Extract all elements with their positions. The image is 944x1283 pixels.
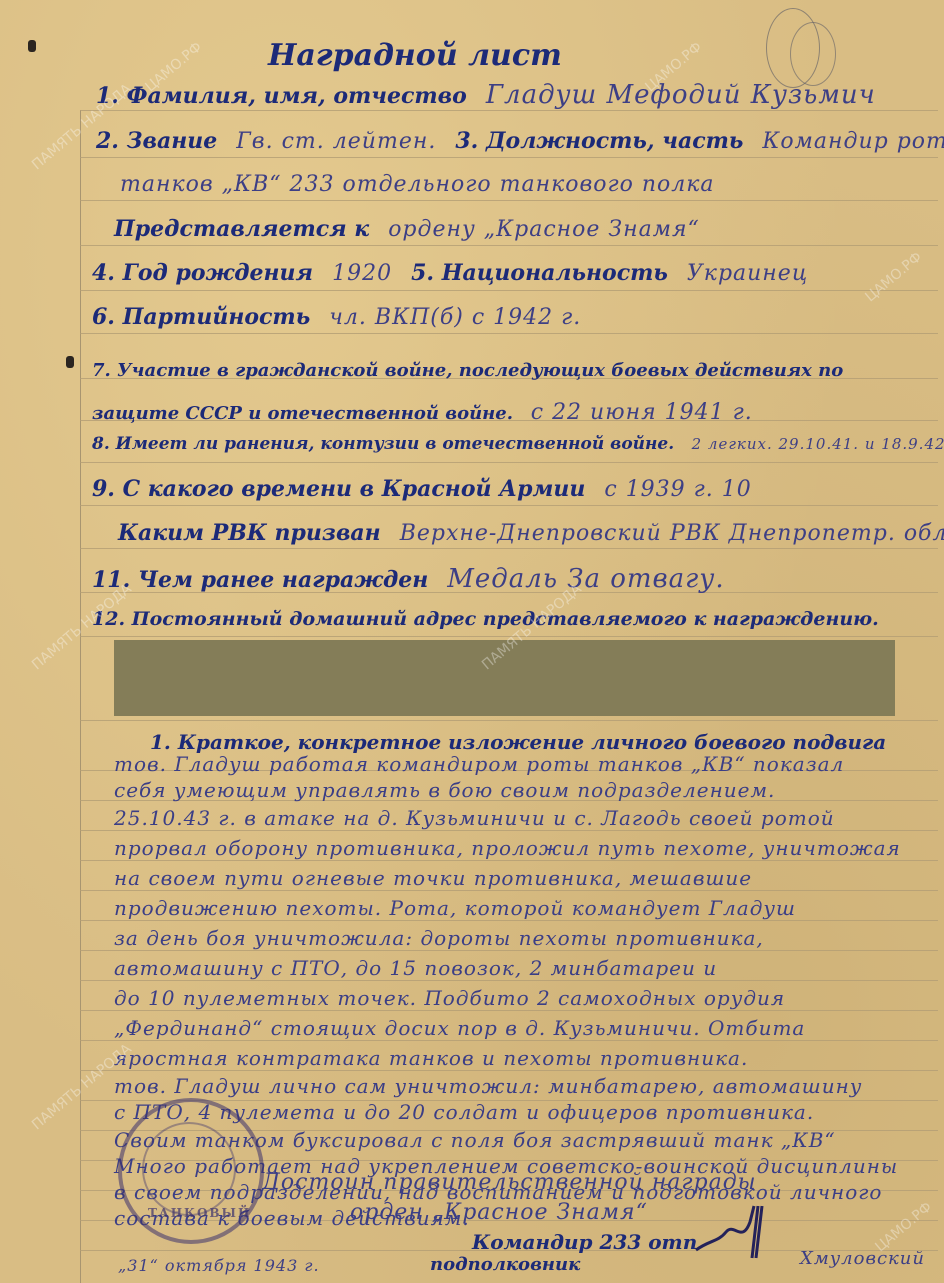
- narrative-line: „Фердинанд“ стоящих досих пор в д. Кузьм…: [114, 1016, 805, 1040]
- field-birth-nationality: 4. Год рождения 1920 5. Национальность У…: [92, 260, 820, 286]
- field-value: чл. ВКП(б) с 1942 г.: [329, 305, 581, 330]
- ruled-line: [80, 110, 938, 111]
- field-label: 6. Партийность: [92, 304, 310, 330]
- narrative-line: тов. Гладуш работая командиром роты танк…: [114, 752, 844, 776]
- field-value: Гв. ст. лейтен.: [236, 129, 436, 154]
- stamp-emblem: [142, 1122, 236, 1216]
- ruled-line: [80, 290, 938, 291]
- punch-hole: [66, 356, 74, 368]
- narrative-line: продвижению пехоты. Рота, которой команд…: [114, 896, 796, 920]
- official-stamp: ТАНКОВЫЙ: [118, 1098, 264, 1244]
- conclusion-line: Достоин правительственной награды: [262, 1170, 757, 1195]
- ruled-line: [80, 333, 938, 334]
- field-party: 6. Партийность чл. ВКП(б) с 1942 г.: [92, 304, 593, 330]
- field-label: 8. Имеет ли ранения, контузии в отечеств…: [92, 434, 674, 454]
- field-value: с 1939 г. 10: [604, 477, 751, 502]
- narrative-line: на своем пути огневые точки противника, …: [114, 866, 752, 890]
- field-value: Украинец: [687, 261, 808, 286]
- ruled-line: [80, 1070, 938, 1071]
- field-label: 5. Национальность: [411, 260, 668, 286]
- field-label: Представляется к: [114, 216, 369, 242]
- narrative-line: прорвал оборону противника, проложил пут…: [114, 836, 901, 860]
- ruled-line: [80, 860, 938, 861]
- award-sheet: Наградной лист 1. Фамилия, имя, отчество…: [0, 0, 944, 1283]
- ruled-line: [80, 200, 938, 201]
- narrative-line: за день боя уничтожила: дороты пехоты пр…: [114, 926, 764, 950]
- ruled-line: [80, 505, 938, 506]
- narrative-line: тов. Гладуш лично сам уничтожил: минбата…: [114, 1074, 862, 1098]
- narrative-line: автомашину с ПТО, до 15 повозок, 2 минба…: [114, 956, 717, 980]
- ruled-line: [80, 950, 938, 951]
- field-label: 2. Звание: [96, 128, 217, 154]
- ruled-line: [80, 1010, 938, 1011]
- field-nomination: Представляется к ордену „Красное Знамя“: [114, 216, 712, 242]
- narrative-line: до 10 пулеметных точек. Подбито 2 самохо…: [114, 986, 785, 1010]
- punch-hole: [28, 40, 36, 52]
- ruled-line: [80, 980, 938, 981]
- field-label: 3. Должность, часть: [455, 128, 743, 154]
- field-value: Гладуш Мефодий Кузьмич: [486, 80, 876, 110]
- narrative-line: себя умеющим управлять в бою своим подра…: [114, 778, 775, 802]
- narrative-heading: 1. Краткое, конкретное изложение личного…: [150, 730, 886, 754]
- ruled-line: [80, 462, 938, 463]
- signer-name: Хмуловский: [800, 1248, 925, 1269]
- pencil-mark: [790, 22, 836, 86]
- margin-line: [80, 110, 81, 1283]
- signature-date: „31“ октября 1943 г.: [118, 1256, 320, 1275]
- field-participation: 7. Участие в гражданской войне, последую…: [92, 350, 912, 435]
- ruled-line: [80, 548, 938, 549]
- narrative-line: 25.10.43 г. в атаке на д. Кузьминичи и с…: [114, 806, 835, 830]
- field-value: с 22 июня 1941 г.: [531, 400, 753, 425]
- signer-rank: подполковник: [430, 1254, 580, 1275]
- ruled-line: [80, 920, 938, 921]
- field-position-cont: танков „КВ“ 233 отдельного танкового пол…: [120, 172, 727, 197]
- ruled-line: [80, 245, 938, 246]
- ruled-line: [80, 890, 938, 891]
- field-label: 4. Год рождения: [92, 260, 313, 286]
- field-wounds: 8. Имеет ли ранения, контузии в отечеств…: [92, 434, 944, 454]
- field-label: 11. Чем ранее награжден: [92, 567, 428, 593]
- field-label: Каким РВК призван: [118, 520, 381, 546]
- document-title: Наградной лист: [268, 38, 562, 73]
- field-value: Верхне-Днепровский РВК Днепропетр. обл.: [400, 521, 944, 546]
- signature-icon: [692, 1202, 782, 1262]
- field-value: 2 легких. 29.10.41. и 18.9.42.: [692, 435, 944, 453]
- narrative-line: яростная контратака танков и пехоты прот…: [114, 1046, 748, 1070]
- ruled-line: [80, 157, 938, 158]
- field-value: ордену „Красное Знамя“: [388, 217, 700, 242]
- field-address: 12. Постоянный домашний адрес представля…: [92, 608, 891, 630]
- field-label: 12. Постоянный домашний адрес представля…: [92, 608, 879, 630]
- stamp-text: ТАНКОВЫЙ: [148, 1206, 251, 1220]
- watermark: ЦАМО.РФ: [863, 250, 925, 306]
- field-value: танков „КВ“ 233 отдельного танкового пол…: [120, 172, 715, 197]
- field-value: Медаль За отвагу.: [447, 564, 724, 594]
- field-name: 1. Фамилия, имя, отчество Гладуш Мефодий…: [96, 80, 888, 110]
- field-rank-position: 2. Звание Гв. ст. лейтен. 3. Должность, …: [96, 128, 944, 154]
- field-value: Командир роты: [762, 129, 944, 154]
- field-army-since: 9. С какого времени в Красной Армии с 19…: [92, 476, 764, 502]
- conclusion-line: орден „Красное Знамя“: [350, 1200, 648, 1225]
- field-previous-awards: 11. Чем ранее награжден Медаль За отвагу…: [92, 564, 737, 594]
- ruled-line: [80, 830, 938, 831]
- field-draft-office: Каким РВК призван Верхне-Днепровский РВК…: [118, 520, 944, 546]
- ruled-line: [80, 720, 938, 721]
- signer-title: Командир 233 отп: [472, 1230, 697, 1254]
- ruled-line: [80, 1040, 938, 1041]
- field-label: 9. С какого времени в Красной Армии: [92, 476, 585, 502]
- field-value: 1920: [332, 261, 392, 286]
